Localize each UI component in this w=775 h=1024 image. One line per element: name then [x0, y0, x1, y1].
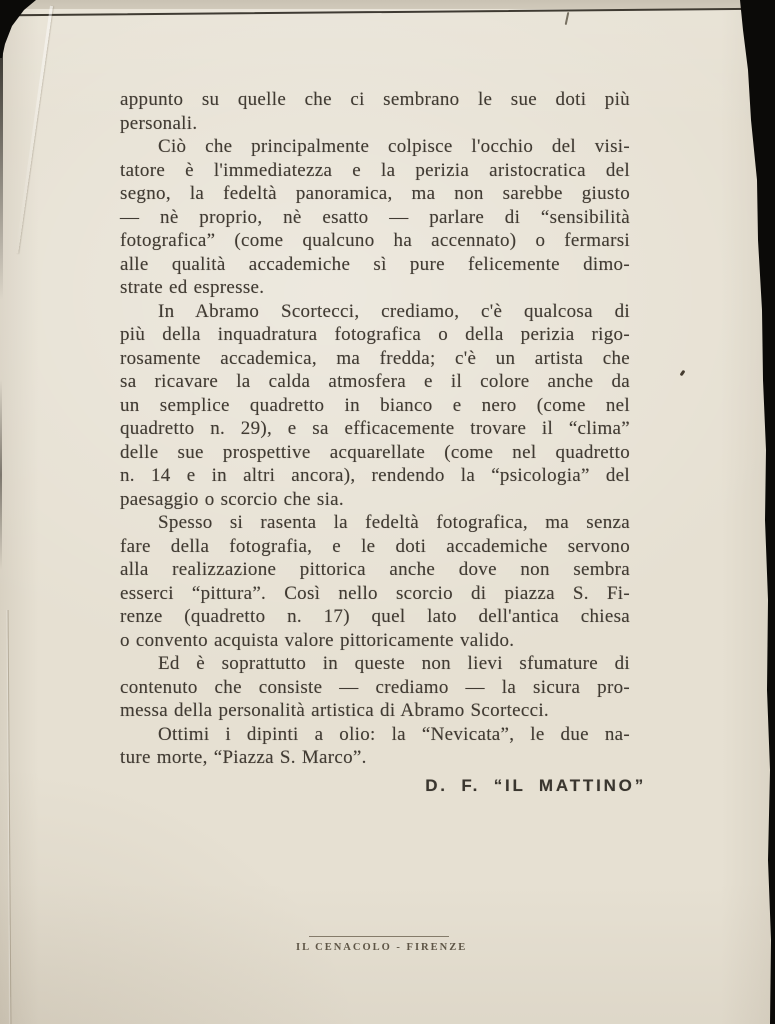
text-line: più della inquadratura fotografica o del… — [120, 323, 630, 347]
scanned-document-page: appunto su quelle che ci sembrano le sue… — [0, 0, 775, 1024]
paragraph: appunto su quelle che ci sembrano le sue… — [120, 88, 630, 135]
text-line: ture morte, “Piazza S. Marco”. — [120, 746, 630, 770]
text-line: strate ed espresse. — [120, 276, 630, 300]
text-line: fotografica” (come qualcuno ha accennato… — [120, 229, 630, 253]
text-line: rosamente accademica, ma fredda; c'è un … — [120, 347, 630, 371]
text-block: appunto su quelle che ci sembrano le sue… — [120, 88, 630, 797]
text-line: In Abramo Scortecci, crediamo, c'è qualc… — [120, 300, 630, 324]
text-line: Ed è soprattutto in queste non lievi sfu… — [120, 652, 630, 676]
text-line: sa ricavare la calda atmosfera e il colo… — [120, 370, 630, 394]
article-signature: D. F. “IL MATTINO” — [120, 774, 646, 798]
text-line: tatore è l'immediatezza e la perizia ari… — [120, 159, 630, 183]
text-line: paesaggio o scorcio che sia. — [120, 488, 630, 512]
text-line: Spesso si rasenta la fedeltà fotografica… — [120, 511, 630, 535]
text-line: Ciò che principalmente colpisce l'occhio… — [120, 135, 630, 159]
text-line: renze (quadretto n. 17) quel lato dell'a… — [120, 605, 630, 629]
footer-rule — [309, 936, 449, 937]
text-line: n. 14 e in altri ancora), rendendo la “p… — [120, 464, 630, 488]
text-line: personali. — [120, 112, 630, 136]
text-line: Ottimi i dipinti a olio: la “Nevicata”, … — [120, 723, 630, 747]
paragraph: In Abramo Scortecci, crediamo, c'è qualc… — [120, 300, 630, 512]
text-line: — nè proprio, nè esatto — parlare di “se… — [120, 206, 630, 230]
paragraph: Ciò che principalmente colpisce l'occhio… — [120, 135, 630, 300]
text-line: messa della personalità artistica di Abr… — [120, 699, 630, 723]
paragraph: Ottimi i dipinti a olio: la “Nevicata”, … — [120, 723, 630, 770]
text-line: alla realizzazione pittorica anche dove … — [120, 558, 630, 582]
text-line: fare della fotografia, e le doti accadem… — [120, 535, 630, 559]
text-line: quadretto n. 29), e sa efficacemente tro… — [120, 417, 630, 441]
text-line: alle qualità accademiche sì pure felicem… — [120, 253, 630, 277]
text-line: o convento acquista valore pittoricament… — [120, 629, 630, 653]
text-line: esserci “pittura”. Così nello scorcio di… — [120, 582, 630, 606]
footer-text: IL CENACOLO - FIRENZE — [296, 942, 462, 953]
publisher-footer: IL CENACOLO - FIRENZE — [296, 936, 462, 953]
text-line: un semplice quadretto in bianco e nero (… — [120, 394, 630, 418]
scan-edge-left — [0, 40, 3, 300]
text-line: segno, la fedeltà panoramica, ma non sar… — [120, 182, 630, 206]
text-line: delle sue prospettive acquarellate (come… — [120, 441, 630, 465]
paragraph: Spesso si rasenta la fedeltà fotografica… — [120, 511, 630, 652]
text-line: appunto su quelle che ci sembrano le sue… — [120, 88, 630, 112]
text-line: contenuto che consiste — crediamo — la s… — [120, 676, 630, 700]
paragraph: Ed è soprattutto in queste non lievi sfu… — [120, 652, 630, 723]
scan-edge-left-lower — [0, 380, 2, 570]
